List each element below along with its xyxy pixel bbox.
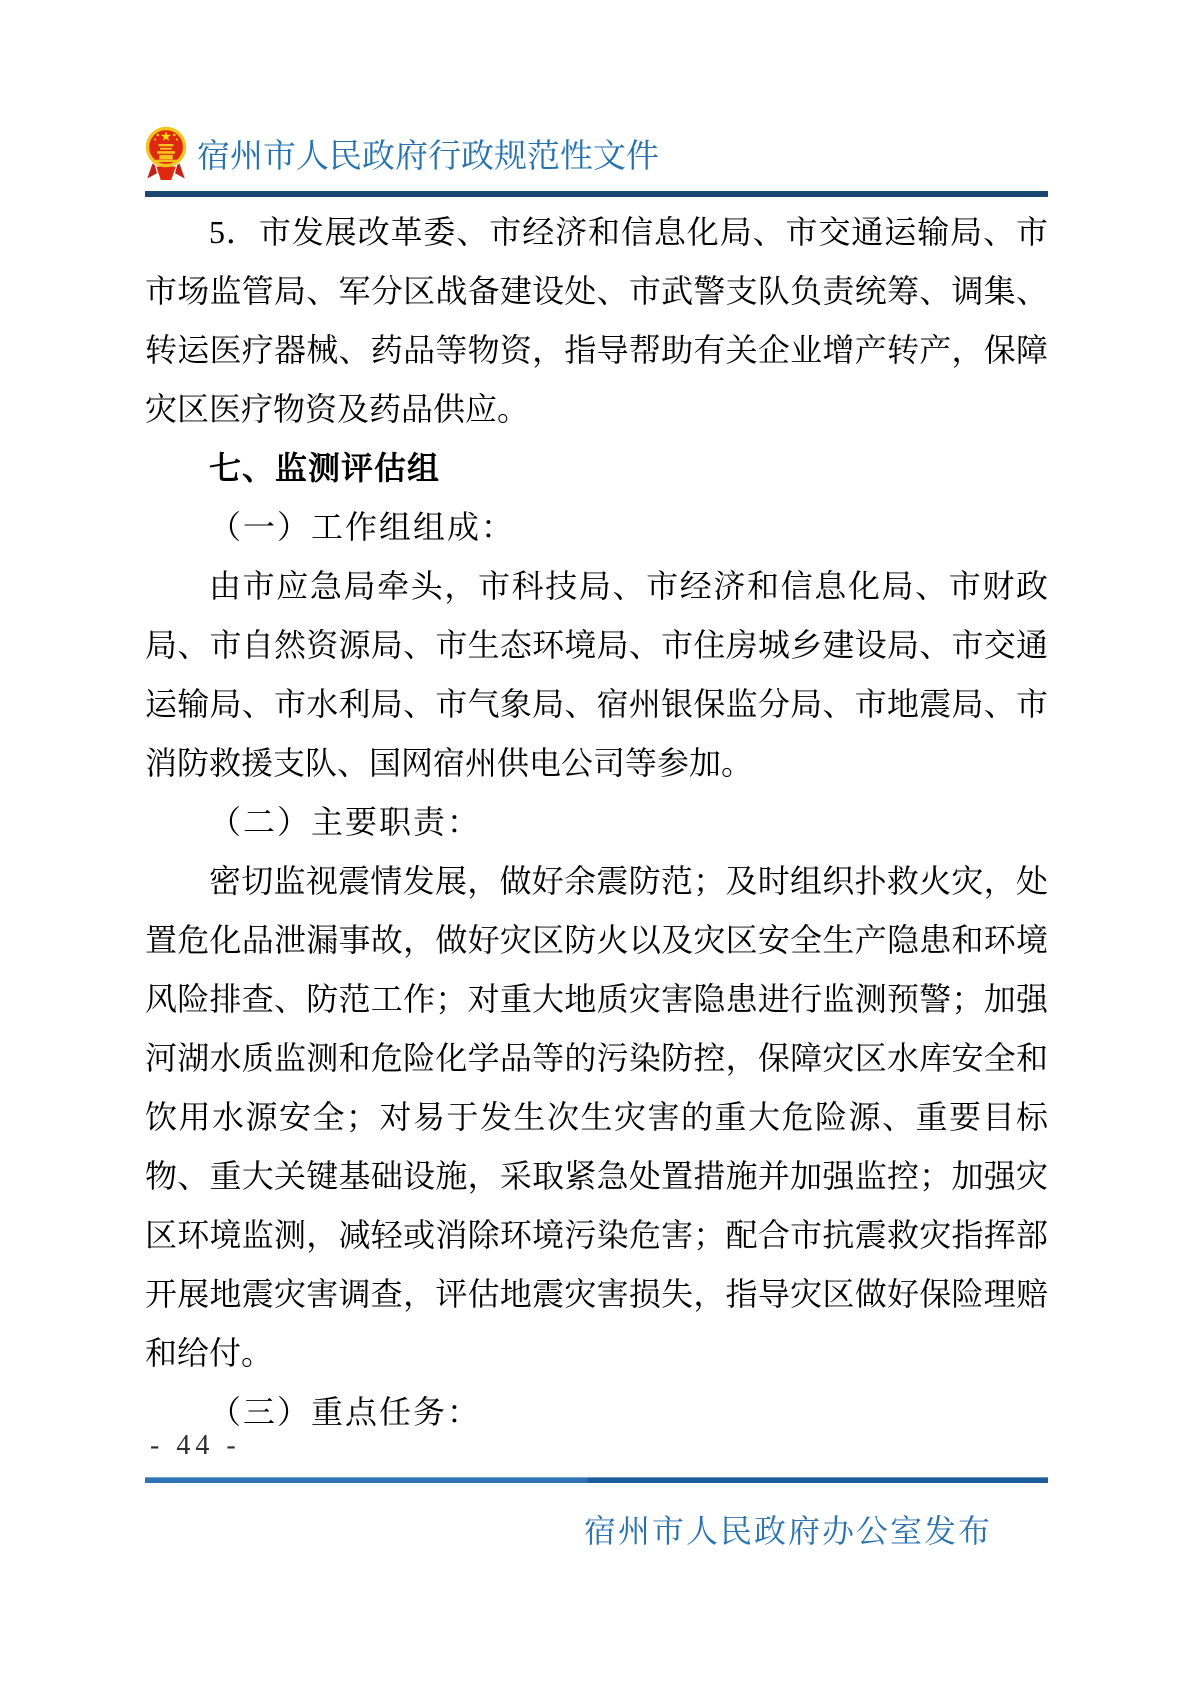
paragraph-composition: 由市应急局牵头，市科技局、市经济和信息化局、市财政局、市自然资源局、市生态环境局… [145, 557, 1048, 793]
page-number: - 44 - [150, 1430, 241, 1462]
publisher-line: 宿州市人民政府办公室发布 [584, 1506, 992, 1552]
national-emblem-icon [145, 124, 187, 182]
paragraph-duties: 密切监视震情发展，做好余震防范；及时组织扑救火灾，处置危化品泄漏事故，做好灾区防… [145, 852, 1048, 1383]
paragraph-item-5: 5．市发展改革委、市经济和信息化局、市交通运输局、市市场监管局、军分区战备建设处… [145, 203, 1048, 439]
subsection-label-duties: （二）主要职责： [145, 793, 1048, 852]
subsection-label-composition: （一）工作组组成： [145, 498, 1048, 557]
document-header: 宿州市人民政府行政规范性文件 [145, 118, 1048, 188]
document-page: 宿州市人民政府行政规范性文件 5．市发展改革委、市经济和信息化局、市交通运输局、… [0, 0, 1190, 1683]
footer-divider [145, 1477, 1048, 1483]
header-divider [145, 191, 1048, 197]
section-heading-monitoring-group: 七、监测评估组 [145, 439, 1048, 498]
document-body: 5．市发展改革委、市经济和信息化局、市交通运输局、市市场监管局、军分区战备建设处… [145, 203, 1048, 1442]
document-header-title: 宿州市人民政府行政规范性文件 [197, 130, 659, 177]
subsection-label-key-tasks: （三）重点任务： [145, 1383, 1048, 1442]
